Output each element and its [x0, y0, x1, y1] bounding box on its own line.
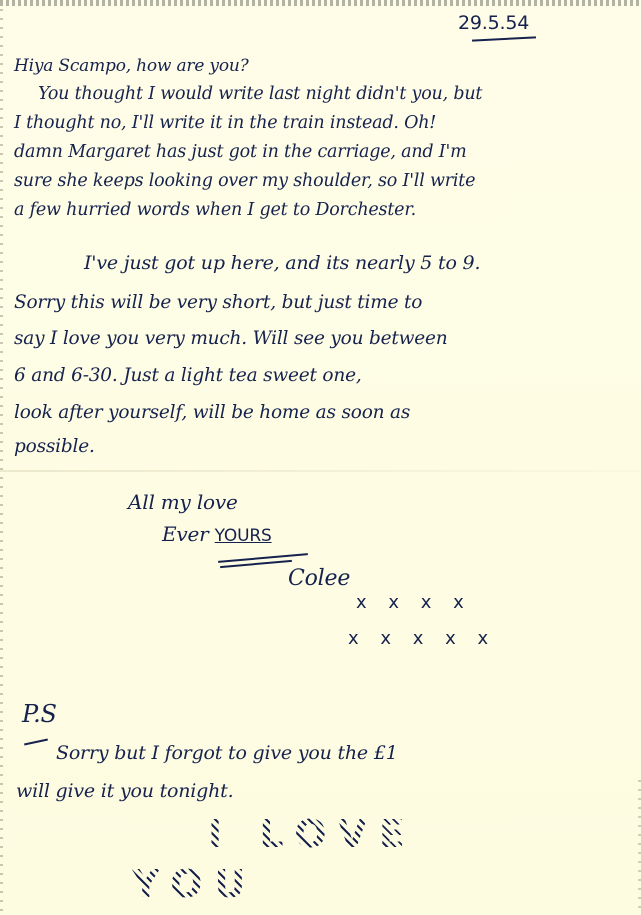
- paragraph2-line: say I love you very much. Will see you b…: [14, 328, 447, 349]
- fold-line: [0, 470, 641, 472]
- closing-ever-yours: Ever YOURS: [162, 522, 272, 546]
- paragraph2-line: 6 and 6-30. Just a light tea sweet one,: [14, 365, 362, 386]
- paragraph1-line: a few hurried words when I get to Dorche…: [14, 200, 416, 220]
- letter-paper: [0, 0, 641, 915]
- closing-ever: Ever: [162, 522, 209, 546]
- kiss-art-you: YOU: [132, 862, 257, 906]
- kisses-row: x x x x: [356, 592, 472, 613]
- paragraph2-line: look after yourself, will be home as soo…: [14, 402, 410, 423]
- kiss-art-text: YOU: [132, 862, 257, 906]
- paragraph1-line: You thought I would write last night did…: [38, 84, 482, 104]
- signature: Colee: [288, 566, 350, 591]
- postscript-label: P.S: [22, 700, 57, 728]
- paragraph1-line: I thought no, I'll write it in the train…: [14, 113, 436, 133]
- paragraph2-line: I've just got up here, and its nearly 5 …: [84, 252, 480, 274]
- perforated-left-edge: [0, 0, 3, 915]
- kiss-art-text: I LOVE: [208, 812, 417, 856]
- postscript-line: will give it you tonight.: [16, 780, 233, 802]
- paragraph2-line: possible.: [14, 436, 95, 457]
- paragraph1-line: sure she keeps looking over my shoulder,…: [14, 171, 475, 191]
- kisses-row: x x x x x: [348, 628, 496, 649]
- letter-date: 29.5.54: [458, 12, 529, 34]
- closing-all-my-love: All my love: [128, 490, 238, 514]
- perforated-top-edge: [0, 0, 641, 6]
- closing-yours: YOURS: [215, 526, 272, 546]
- greeting: Hiya Scampo, how are you?: [14, 56, 249, 76]
- kiss-art-i-love: I LOVE: [208, 812, 417, 856]
- postscript-line: Sorry but I forgot to give you the £1: [56, 742, 398, 764]
- paragraph2-line: Sorry this will be very short, but just …: [14, 292, 422, 313]
- paragraph1-line: damn Margaret has just got in the carria…: [14, 142, 467, 162]
